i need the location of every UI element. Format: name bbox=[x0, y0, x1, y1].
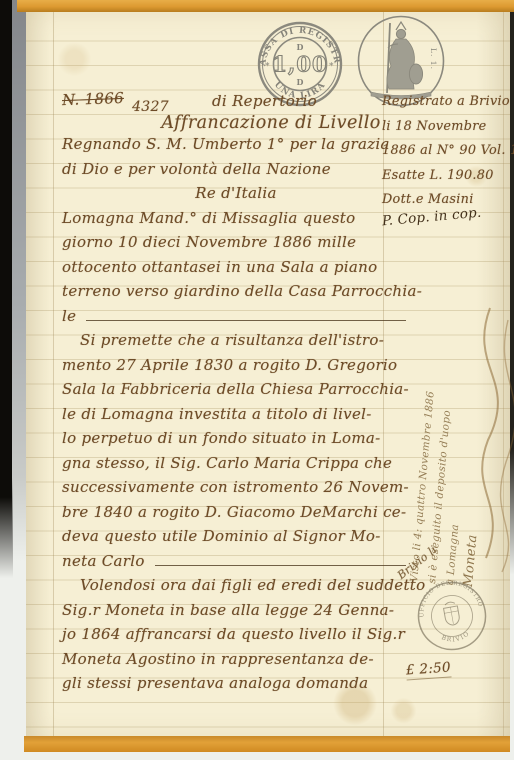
tax-stamp-star-left-icon: * bbox=[265, 62, 270, 72]
stamp-shield-icon bbox=[409, 64, 422, 84]
manuscript-line-text: Volendosi ora dai figli ed eredi del sud… bbox=[80, 573, 425, 598]
manuscript-line: Volendosi ora dai figli ed eredi del sud… bbox=[62, 573, 410, 598]
manuscript-line: jo 1864 affrancarsi da questo livello il… bbox=[62, 622, 410, 647]
manuscript-line-text: Sig.r Moneta in base alla legge 24 Genna… bbox=[62, 598, 394, 623]
manuscript-line-text: Re d'Italia bbox=[195, 181, 276, 206]
manuscript-line-text: jo 1864 affrancarsi da questo livello il… bbox=[62, 622, 405, 647]
manuscript-line: Sig.r Moneta in base alla legge 24 Genna… bbox=[62, 598, 410, 623]
backdrop-edge-left bbox=[12, 0, 27, 562]
office-round-stamp: UFFICIO DEL REGISTRO BRIVIO bbox=[408, 572, 496, 660]
manuscript-body: Regnando S. M. Umberto 1° per la graziad… bbox=[62, 132, 410, 696]
manuscript-line: Re d'Italia bbox=[62, 181, 410, 206]
manuscript-line-text: mento 27 Aprile 1830 a rogito D. Gregori… bbox=[62, 353, 397, 378]
stamp-figure-body bbox=[387, 39, 414, 89]
manuscript-line-text: Moneta Agostino in rappresentanza de- bbox=[62, 647, 374, 672]
tax-stamp-letter-top: D bbox=[297, 42, 304, 52]
manuscript-line-text: Si premette che a risultanza dell'istro- bbox=[80, 328, 384, 353]
stamp-crown-icon bbox=[396, 22, 406, 30]
registration-column: Registrato a Brivioli 18 Novembre1886 al… bbox=[382, 90, 510, 213]
tax-stamp-star-right-icon: * bbox=[329, 62, 334, 72]
document-title: Affrancazione di Livello bbox=[146, 113, 396, 133]
manuscript-line-text: gli stessi presentava analoga domanda bbox=[62, 671, 368, 696]
manuscript-line-text: giorno 10 dieci Novembre 1886 mille bbox=[62, 230, 356, 255]
manuscript-line-text: le bbox=[62, 304, 76, 329]
document-page: TASSA DI REGISTRO UNA LIRA D 1,00 D * * bbox=[26, 8, 510, 740]
handwritten-rule bbox=[155, 565, 406, 566]
svg-text:UFFICIO DEL REGISTRO: UFFICIO DEL REGISTRO bbox=[414, 575, 483, 618]
manuscript-line-text: terreno verso giardino della Casa Parroc… bbox=[62, 279, 422, 304]
manuscript-line-text: deva questo utile Dominio al Signor Mo- bbox=[62, 524, 381, 549]
tax-stamp-letter-bottom: D bbox=[297, 77, 304, 87]
manuscript-line-text: neta Carlo bbox=[62, 549, 145, 574]
repertorio-label: di Repertorio bbox=[212, 92, 317, 110]
manuscript-line: gli stessi presentava analoga domanda bbox=[62, 671, 410, 696]
tax-stamp-value: 1,00 bbox=[272, 52, 327, 77]
manuscript-line: neta Carlo bbox=[62, 549, 410, 574]
manuscript-line: lo perpetuo di un fondo situato in Loma- bbox=[62, 426, 410, 451]
manuscript-line: mento 27 Aprile 1830 a rogito D. Gregori… bbox=[62, 353, 410, 378]
svg-text:BRIVIO: BRIVIO bbox=[439, 629, 472, 646]
frame-top bbox=[17, 0, 514, 12]
manuscript-line-text: le di Lomagna investita a titolo di live… bbox=[62, 402, 372, 427]
repertorio-number-struck: N. 1866 bbox=[62, 89, 125, 109]
manuscript-line: bre 1840 a rogito D. Giacomo DeMarchi ce… bbox=[62, 500, 410, 525]
manuscript-line: Regnando S. M. Umberto 1° per la grazia bbox=[62, 132, 410, 157]
italia-stamp-denomination: L. 1. bbox=[429, 48, 438, 70]
manuscript-line: successivamente con istromento 26 Novem- bbox=[62, 475, 410, 500]
manuscript-line: Si premette che a risultanza dell'istro- bbox=[62, 328, 410, 353]
manuscript-line-text: lo perpetuo di un fondo situato in Loma- bbox=[62, 426, 381, 451]
handwritten-rule bbox=[86, 320, 406, 321]
stamp-figure-head bbox=[396, 29, 405, 38]
registration-line: 1886 al N° 90 Vol. 16 bbox=[382, 139, 510, 164]
manuscript-line: Sala la Fabbriceria della Chiesa Parrocc… bbox=[62, 377, 410, 402]
manuscript-line: terreno verso giardino della Casa Parroc… bbox=[62, 279, 410, 304]
manuscript-line-text: Regnando S. M. Umberto 1° per la grazia bbox=[62, 132, 390, 157]
registration-line: Registrato a Brivio bbox=[382, 90, 510, 115]
manuscript-line: ottocento ottantasei in una Sala a piano bbox=[62, 255, 410, 280]
signature-flourish bbox=[446, 290, 514, 580]
ruled-margin-line-left bbox=[53, 8, 54, 740]
manuscript-line: le bbox=[62, 304, 410, 329]
manuscript-line-text: Lomagna Mand.° di Missaglia questo bbox=[62, 206, 355, 231]
registration-line: Esatte L. 190.80 bbox=[382, 164, 510, 189]
manuscript-line: Moneta Agostino in rappresentanza de- bbox=[62, 647, 410, 672]
manuscript-line-text: bre 1840 a rogito D. Giacomo DeMarchi ce… bbox=[62, 500, 406, 525]
manuscript-line: giorno 10 dieci Novembre 1886 mille bbox=[62, 230, 410, 255]
registration-line: li 18 Novembre bbox=[382, 115, 510, 140]
manuscript-line-text: gna stesso, il Sig. Carlo Maria Crippa c… bbox=[62, 451, 392, 476]
fee-annotation: £ 2:50 bbox=[405, 659, 451, 680]
manuscript-line: di Dio e per volontà della Nazione bbox=[62, 157, 410, 182]
office-stamp-arc-top: UFFICIO DEL REGISTRO bbox=[414, 575, 483, 618]
manuscript-line-text: Sala la Fabbriceria della Chiesa Parrocc… bbox=[62, 377, 409, 402]
manuscript-line: Lomagna Mand.° di Missaglia questo bbox=[62, 206, 410, 231]
office-stamp-arc-bottom: BRIVIO bbox=[439, 629, 472, 646]
manuscript-line: deva questo utile Dominio al Signor Mo- bbox=[62, 524, 410, 549]
office-stamp-crest-icon bbox=[443, 601, 461, 626]
repertorio-number: N. 1866 4327 bbox=[62, 90, 166, 108]
manuscript-line: gna stesso, il Sig. Carlo Maria Crippa c… bbox=[62, 451, 410, 476]
manuscript-line: le di Lomagna investita a titolo di live… bbox=[62, 402, 410, 427]
photo-backdrop: TASSA DI REGISTRO UNA LIRA D 1,00 D * * bbox=[0, 0, 514, 760]
manuscript-line-text: ottocento ottantasei in una Sala a piano bbox=[62, 255, 377, 280]
frame-bottom bbox=[24, 736, 510, 752]
manuscript-line-text: successivamente con istromento 26 Novem- bbox=[62, 475, 409, 500]
manuscript-line-text: di Dio e per volontà della Nazione bbox=[62, 157, 331, 182]
